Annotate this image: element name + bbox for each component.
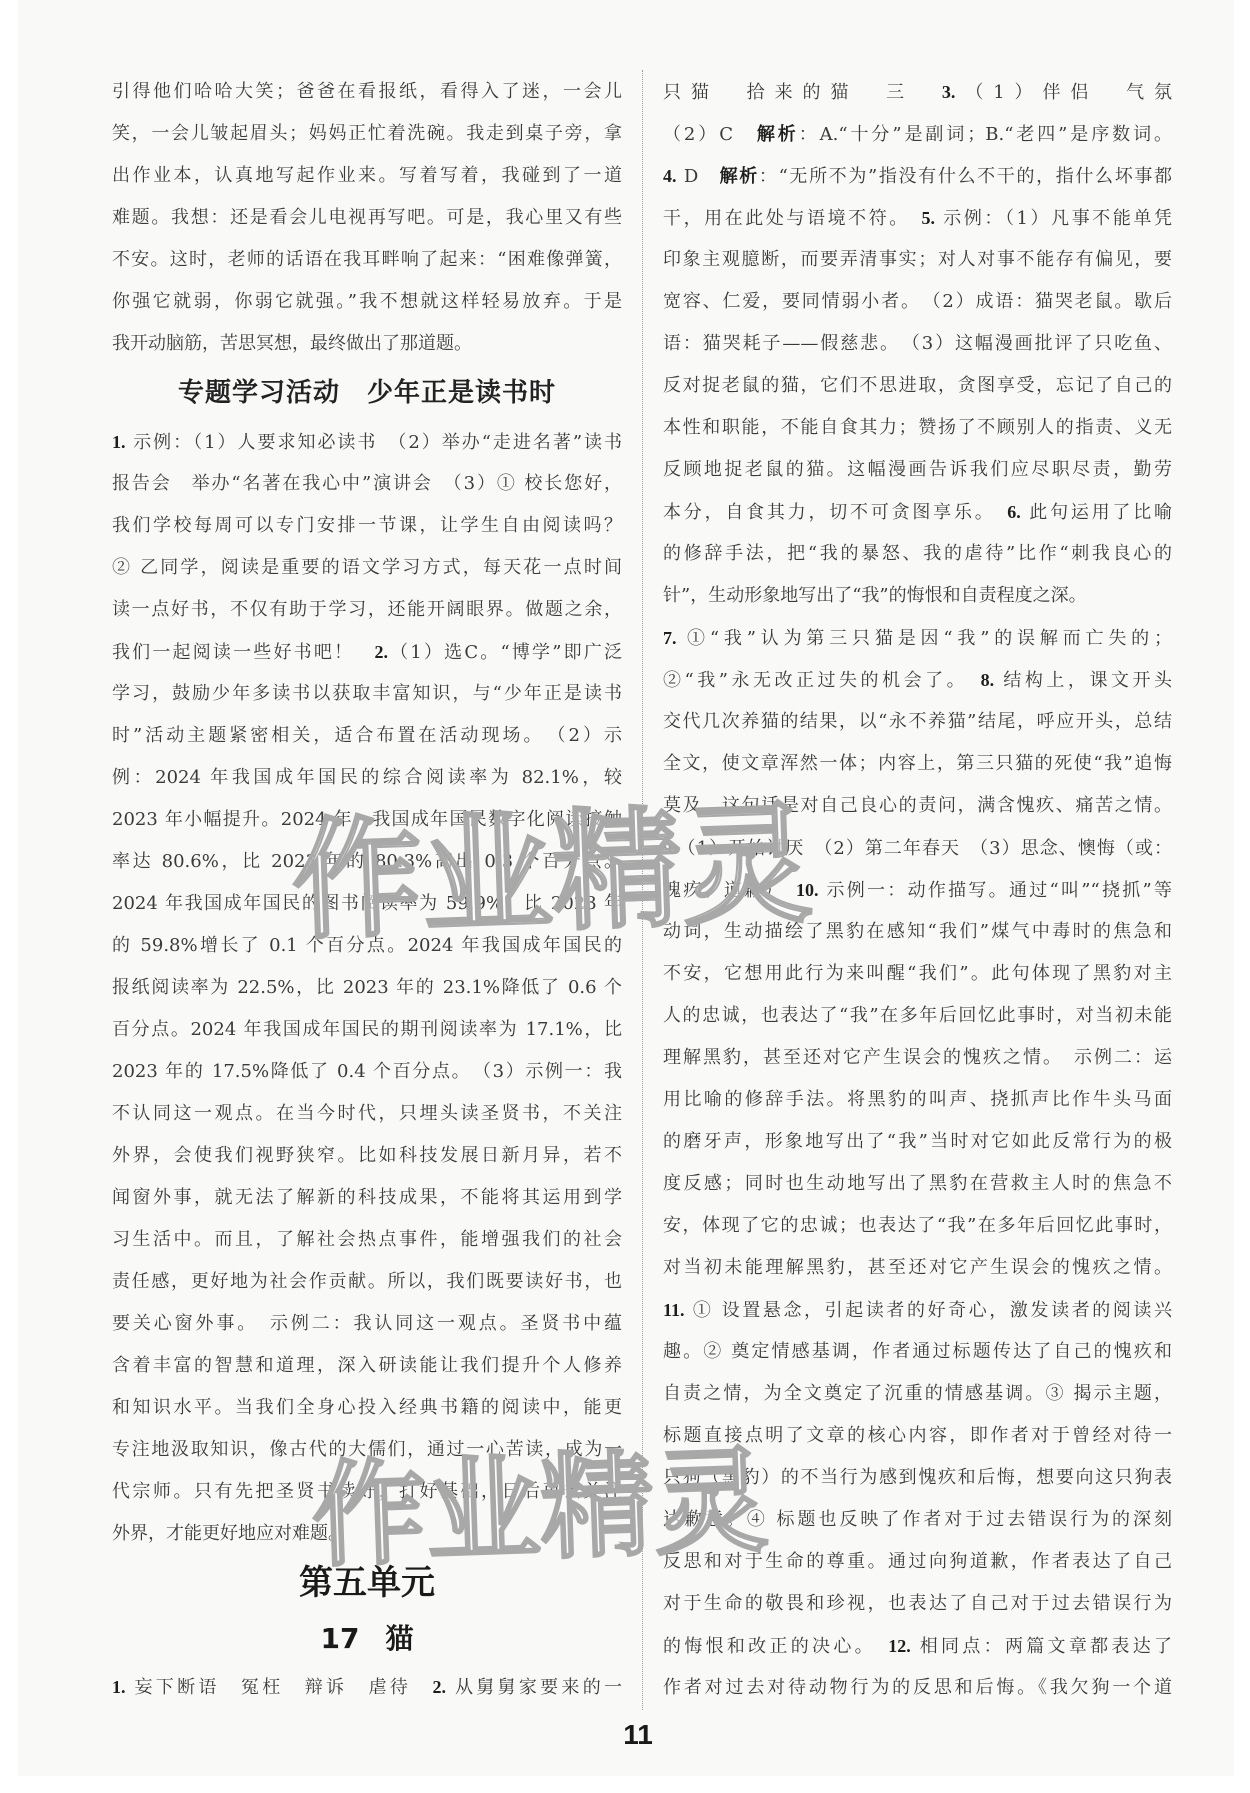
text-run: 报纸阅读率为 22.5%，比 2023 年的 23.1%降低了 0.6 个: [112, 977, 622, 998]
text-run: 达歉意。④ 标题也反映了作者对于过去错误行为的深刻: [663, 1509, 1172, 1530]
text-run: 干，用在此处与语境不符。: [663, 208, 921, 229]
text-run: 相同点：两篇文章都表达了: [911, 1636, 1172, 1657]
text-line: 9.（1）开始讨厌 （2）第二年春天 （3）思念、懊悔（或：: [663, 827, 1172, 869]
page-number: 11: [598, 1716, 678, 1754]
text-run: ①“我”认为第三只猫是因“我”的误解而亡失的；: [677, 628, 1173, 649]
text-run: 反顾地捉老鼠的猫。这幅漫画告诉我们应尽职尽责，勤劳: [663, 459, 1172, 480]
text-line: 的 59.8%增长了 0.1 个百分点。2024 年我国成年国民的: [112, 925, 622, 967]
text-run: 示例一：动作描写。通过“叫”“挠抓”等: [818, 880, 1172, 901]
question-number-label: 解析: [757, 124, 799, 144]
text-run: 报告会 举办“名著在我心中”演讲会 （3）① 校长您好，: [112, 473, 622, 494]
text-run: ① 设置悬念，引起读者的好奇心，激发读者的阅读兴: [685, 1300, 1172, 1321]
text-run: 宽容、仁爱，要同情弱小者。 （2）成语：猫哭老鼠。歇后: [663, 291, 1172, 312]
text-line: 时”活动主题紧密相关，适合布置在活动现场。 （2）示: [112, 715, 622, 757]
text-run: 我们学校每周可以专门安排一节课，让学生自由阅读吗？: [112, 515, 622, 536]
text-run: 此句运用了比喻: [1021, 502, 1172, 523]
section-title: 专题学习活动 少年正是读书时: [112, 365, 622, 421]
text-run: （2）C: [663, 124, 757, 145]
text-line: 我们学校每周可以专门安排一节课，让学生自由阅读吗？: [112, 505, 622, 547]
question-number-label: 1.: [112, 1677, 126, 1697]
text-line: 理解黑豹，甚至还对它产生误会的愧疚之情。 示例二：运: [663, 1037, 1172, 1079]
question-number-label: 10.: [796, 880, 819, 900]
text-line: 报纸阅读率为 22.5%，比 2023 年的 23.1%降低了 0.6 个: [112, 967, 622, 1009]
text-run: 外界，才能更好地应对难题。: [112, 1523, 346, 1544]
text-line: 笑，一会儿皱起眉头；妈妈正忙着洗碗。我走到桌子旁，拿: [112, 113, 622, 155]
question-number-label: 12.: [888, 1636, 911, 1656]
text-run: D: [677, 166, 720, 187]
text-run: 结构上，课文开头: [994, 670, 1172, 691]
text-run: 示例：（1）人要求知必读书 （2）举办“走进名著”读书: [126, 432, 623, 453]
text-line: 自责之情，为全文奠定了沉重的情感基调。③ 揭示主题，: [663, 1373, 1172, 1415]
text-run: 的修辞手法，把“我的暴怒、我的虐待”比作“刺我良心的: [663, 543, 1172, 564]
text-line: 不安，它想用此行为来叫醒“我们”。此句体现了黑豹对主: [663, 953, 1172, 995]
text-run: （1）伴侣 气氛: [955, 82, 1172, 103]
text-run: 学习，鼓励少年多读书以获取丰富知识，与“少年正是读书: [112, 683, 622, 704]
text-run: 安，体现了它的忠诚；也表达了“我”在多年后回忆此事时，: [663, 1215, 1172, 1236]
text-run: 2023 年的 17.5%降低了 0.4 个百分点。 （3）示例一：我: [112, 1061, 622, 1082]
unit-title: 第五单元: [112, 1555, 622, 1611]
text-line: 用比喻的修辞手法。将黑豹的叫声、挠抓声比作牛头马面: [663, 1079, 1172, 1121]
text-run: 的 59.8%增长了 0.1 个百分点。2024 年我国成年国民的: [112, 935, 622, 956]
text-run: 难题。我想：还是看会儿电视再写吧。可是，我心里又有些: [112, 207, 622, 228]
text-line: 莫及，这句话是对自己良心的责问，满含愧疚、痛苦之情。: [663, 785, 1172, 827]
question-number-label: 5.: [921, 208, 935, 228]
text-line: 11. ① 设置悬念，引起读者的好奇心，激发读者的阅读兴: [663, 1289, 1172, 1331]
text-line: 出作业本，认真地写起作业来。写着写着，我碰到了一道: [112, 155, 622, 197]
text-line: 外界，会使我们视野狭窄。比如科技发展日新月异，若不: [112, 1135, 622, 1177]
lesson-17-answers-continued: 只猫 拾来的猫 三 3.（1）伴侣 气氛（2）C 解析：A.“十分”是副词；B.…: [663, 71, 1172, 1709]
text-line: 人的忠诚，也表达了“我”在多年后回忆此事时，对当初未能: [663, 995, 1172, 1037]
text-line: ② 乙同学，阅读是重要的语文学习方式，每天花一点时间: [112, 547, 622, 589]
text-run: 专注地汲取知识，像古代的大儒们，通过一心苦读，成为一: [112, 1439, 622, 1460]
text-line: ②“我”永无改正过失的机会了。 8. 结构上，课文开头: [663, 659, 1172, 701]
text-run: 例：2024 年我国成年国民的综合阅读率为 82.1%，较: [112, 767, 622, 788]
text-run: 的悔恨和改正的决心。: [663, 1636, 888, 1657]
text-line: 反顾地捉老鼠的猫。这幅漫画告诉我们应尽职尽责，勤劳: [663, 449, 1172, 491]
text-line: 不安。这时，老师的话语在我耳畔响了起来：“困难像弹簧，: [112, 239, 622, 281]
text-line: 作者对过去对待动物行为的反思和后悔。《我欠狗一个道: [663, 1667, 1172, 1709]
text-run: 只狗（黑豹）的不当行为感到愧疚和后悔，想要向这只狗表: [663, 1467, 1172, 1488]
question-number-label: 6.: [1007, 502, 1021, 522]
text-line: 率达 80.6%，比 2023 年的 80.3%高出 0.3 个百分点。: [112, 841, 622, 883]
text-run: 用比喻的修辞手法。将黑豹的叫声、挠抓声比作牛头马面: [663, 1089, 1172, 1110]
text-line: 难题。我想：还是看会儿电视再写吧。可是，我心里又有些: [112, 197, 622, 239]
text-run: 不认同这一观点。在当今时代，只埋头读圣贤书，不关注: [112, 1103, 622, 1124]
text-run: 引得他们哈哈大笑；爸爸在看报纸，看得入了迷，一会儿: [112, 81, 622, 102]
text-run: 责任感，更好地为社会作贡献。所以，我们既要读好书，也: [112, 1271, 622, 1292]
text-line: 安，体现了它的忠诚；也表达了“我”在多年后回忆此事时，: [663, 1205, 1172, 1247]
text-line: 和知识水平。当我们全身心投入经典书籍的阅读中，能更: [112, 1387, 622, 1429]
text-run: 全文，使文章浑然一体；内容上，第三只猫的死使“我”追悔: [663, 753, 1172, 774]
text-line: 例：2024 年我国成年国民的综合阅读率为 82.1%，较: [112, 757, 622, 799]
text-line: 4. D 解析：“无所不为”指没有什么不干的，指什么坏事都: [663, 155, 1172, 197]
text-line: 读一点好书，不仅有助于学习，还能开阔眼界。做题之余，: [112, 589, 622, 631]
text-run: 交代几次养猫的结果，以“永不养猫”结尾，呼应开头，总结: [663, 711, 1172, 732]
text-line: 交代几次养猫的结果，以“永不养猫”结尾，呼应开头，总结: [663, 701, 1172, 743]
text-line: 1. 示例：（1）人要求知必读书 （2）举办“走进名著”读书: [112, 421, 622, 463]
text-line: 反对捉老鼠的猫，它们不思进取，贪图享受，忘记了自己的: [663, 365, 1172, 407]
text-run: 含着丰富的智慧和道理，深入研读能让我们提升个人修养: [112, 1355, 622, 1376]
text-line: 学习，鼓励少年多读书以获取丰富知识，与“少年正是读书: [112, 673, 622, 715]
text-line: 要关心窗外事。 示例二：我认同这一观点。圣贤书中蕴: [112, 1303, 622, 1345]
text-run: 针”，生动形象地写出了“我”的悔恨和自责程度之深。: [663, 585, 1087, 606]
text-line: 代宗师。只有先把圣贤书读好，打好基础，日后再去关注: [112, 1471, 622, 1513]
text-run: 我们一起阅读一些好书吧！: [112, 642, 374, 663]
text-line: 含着丰富的智慧和道理，深入研读能让我们提升个人修养: [112, 1345, 622, 1387]
lesson-title: 17猫: [112, 1611, 622, 1666]
text-line: 百分点。2024 年我国成年国民的期刊阅读率为 17.1%，比: [112, 1009, 622, 1051]
text-line: 对于生命的敬畏和珍视，也表达了自己对于过去错误行为: [663, 1583, 1172, 1625]
text-line: 语：猫哭耗子——假慈悲。 （3）这幅漫画批评了只吃鱼、: [663, 323, 1172, 365]
text-line: 2023 年小幅提升。2024 年，我国成年国民数字化阅读接触: [112, 799, 622, 841]
text-line: 外界，才能更好地应对难题。: [112, 1513, 622, 1555]
question-number-label: 9.: [663, 838, 677, 858]
text-line: 的修辞手法，把“我的暴怒、我的虐待”比作“刺我良心的: [663, 533, 1172, 575]
text-run: 率达 80.6%，比 2023 年的 80.3%高出 0.3 个百分点。: [112, 851, 622, 872]
text-run: 习生活中。而且，了解社会热点事件，能增强我们的社会: [112, 1229, 622, 1250]
text-run: 笑，一会儿皱起眉头；妈妈正忙着洗碗。我走到桌子旁，拿: [112, 123, 622, 144]
text-run: 反思和对于生命的尊重。通过向狗道歉，作者表达了自己: [663, 1551, 1172, 1572]
text-run: 2023 年小幅提升。2024 年，我国成年国民数字化阅读接触: [112, 809, 622, 830]
text-run: 对于生命的敬畏和珍视，也表达了自己对于过去错误行为: [663, 1593, 1172, 1614]
text-run: 时”活动主题紧密相关，适合布置在活动现场。 （2）示: [112, 725, 622, 746]
text-line: 标题直接点明了文章的核心内容，即作者对于曾经对待一: [663, 1415, 1172, 1457]
text-run: 作者对过去对待动物行为的反思和后悔。《我欠狗一个道: [663, 1677, 1172, 1698]
lesson-name: 猫: [385, 1622, 413, 1655]
left-column: 引得他们哈哈大笑；爸爸在看报纸，看得入了迷，一会儿笑，一会儿皱起眉头；妈妈正忙着…: [112, 71, 622, 1708]
text-line: 的悔恨和改正的决心。 12. 相同点：两篇文章都表达了: [663, 1625, 1172, 1667]
text-run: 要关心窗外事。 示例二：我认同这一观点。圣贤书中蕴: [112, 1313, 622, 1334]
text-run: 不安，它想用此行为来叫醒“我们”。此句体现了黑豹对主: [663, 963, 1172, 984]
text-line: 只猫 拾来的猫 三 3.（1）伴侣 气氛: [663, 71, 1172, 113]
text-line: 达歉意。④ 标题也反映了作者对于过去错误行为的深刻: [663, 1499, 1172, 1541]
text-line: 趣。② 奠定情感基调，作者通过标题传达了自己的愧疚和: [663, 1331, 1172, 1373]
text-run: 本性和职能，不能自食其力；赞扬了不顾别人的指责、义无: [663, 417, 1172, 438]
reading-activity-answers: 1. 示例：（1）人要求知必读书 （2）举办“走进名著”读书报告会 举办“名著在…: [112, 421, 622, 1555]
text-run: 的磨牙声，形象地写出了“我”当时对它如此反常行为的极: [663, 1131, 1172, 1152]
text-run: 语：猫哭耗子——假慈悲。 （3）这幅漫画批评了只吃鱼、: [663, 333, 1172, 354]
text-line: （2）C 解析：A.“十分”是副词；B.“老四”是序数词。: [663, 113, 1172, 155]
text-line: 的磨牙声，形象地写出了“我”当时对它如此反常行为的极: [663, 1121, 1172, 1163]
text-line: 你强它就弱，你弱它就强。”我不想就这样轻易放弃。于是: [112, 281, 622, 323]
text-line: 习生活中。而且，了解社会热点事件，能增强我们的社会: [112, 1219, 622, 1261]
text-run: 莫及，这句话是对自己良心的责问，满含愧疚、痛苦之情。: [663, 795, 1172, 816]
text-line: 全文，使文章浑然一体；内容上，第三只猫的死使“我”追悔: [663, 743, 1172, 785]
column-divider: [642, 70, 643, 1710]
text-line: 责任感，更好地为社会作贡献。所以，我们既要读好书，也: [112, 1261, 622, 1303]
text-line: 不认同这一观点。在当今时代，只埋头读圣贤书，不关注: [112, 1093, 622, 1135]
text-run: 读一点好书，不仅有助于学习，还能开阔眼界。做题之余，: [112, 599, 622, 620]
text-run: （1）选C。“博学”即广泛: [388, 642, 622, 663]
text-run: 理解黑豹，甚至还对它产生误会的愧疚之情。 示例二：运: [663, 1047, 1172, 1068]
text-run: 你强它就弱，你弱它就强。”我不想就这样轻易放弃。于是: [112, 291, 622, 312]
text-run: 和知识水平。当我们全身心投入经典书籍的阅读中，能更: [112, 1397, 622, 1418]
question-number-label: 3.: [942, 82, 956, 102]
right-column: 只猫 拾来的猫 三 3.（1）伴侣 气氛（2）C 解析：A.“十分”是副词；B.…: [663, 71, 1172, 1709]
text-line: 2024 年我国成年国民的图书阅读率为 59.9%，比 2023 年: [112, 883, 622, 925]
text-line: 动词，生动描绘了黑豹在感知“我们”煤气中毒时的焦急和: [663, 911, 1172, 953]
text-line: 报告会 举办“名著在我心中”演讲会 （3）① 校长您好，: [112, 463, 622, 505]
text-run: （1）开始讨厌 （2）第二年春天 （3）思念、懊悔（或：: [677, 838, 1173, 859]
text-line: 7. ①“我”认为第三只猫是因“我”的误解而亡失的；: [663, 617, 1172, 659]
text-run: 愧疚、道歉）: [663, 880, 796, 901]
text-run: 不安。这时，老师的话语在我耳畔响了起来：“困难像弹簧，: [112, 249, 622, 270]
text-run: 示例：（1）凡事不能单凭: [935, 208, 1172, 229]
text-run: 妄下断语 冤枉 辩诉 虐待: [126, 1677, 433, 1698]
text-run: 本分，自食其力，切不可贪图享乐。: [663, 502, 1007, 523]
text-line: 我开动脑筋，苦思冥想，最终做出了那道题。: [112, 323, 622, 365]
text-line: 干，用在此处与语境不符。 5. 示例：（1）凡事不能单凭: [663, 197, 1172, 239]
text-run: 趣。② 奠定情感基调，作者通过标题传达了自己的愧疚和: [663, 1341, 1172, 1362]
question-number-label: 8.: [981, 670, 995, 690]
text-run: 百分点。2024 年我国成年国民的期刊阅读率为 17.1%，比: [112, 1019, 622, 1040]
text-run: ②“我”永无改正过失的机会了。: [663, 670, 981, 691]
text-line: 我们一起阅读一些好书吧！ 2.（1）选C。“博学”即广泛: [112, 631, 622, 673]
text-run: 出作业本，认真地写起作业来。写着写着，我碰到了一道: [112, 165, 622, 186]
text-run: 标题直接点明了文章的核心内容，即作者对于曾经对待一: [663, 1425, 1172, 1446]
text-line: 度反感；同时也生动地写出了黑豹在营救主人时的焦急不: [663, 1163, 1172, 1205]
text-line: 2023 年的 17.5%降低了 0.4 个百分点。 （3）示例一：我: [112, 1051, 622, 1093]
question-number-label: 4.: [663, 166, 677, 186]
text-run: ：A.“十分”是副词；B.“老四”是序数词。: [799, 124, 1172, 145]
text-run: 我开动脑筋，苦思冥想，最终做出了那道题。: [112, 333, 472, 354]
text-run: 反对捉老鼠的猫，它们不思进取，贪图享受，忘记了自己的: [663, 375, 1172, 396]
text-run: 自责之情，为全文奠定了沉重的情感基调。③ 揭示主题，: [663, 1383, 1172, 1404]
question-number-label: 解析: [720, 166, 759, 186]
question-number-label: 2.: [432, 1677, 446, 1697]
question-number-label: 11.: [663, 1300, 685, 1320]
text-run: ：“无所不为”指没有什么不干的，指什么坏事都: [759, 166, 1172, 187]
text-line: 印象主观臆断，而要弄清事实；对人对事不能存有偏见，要: [663, 239, 1172, 281]
text-run: 度反感；同时也生动地写出了黑豹在营救主人时的焦急不: [663, 1173, 1172, 1194]
text-run: 外界，会使我们视野狭窄。比如科技发展日新月异，若不: [112, 1145, 622, 1166]
question-number-label: 7.: [663, 628, 677, 648]
text-line: 宽容、仁爱，要同情弱小者。 （2）成语：猫哭老鼠。歇后: [663, 281, 1172, 323]
text-line: 1. 妄下断语 冤枉 辩诉 虐待 2. 从舅舅家要来的一: [112, 1666, 622, 1708]
text-run: 对当初未能理解黑豹，甚至还对它产生误会的愧疚之情。: [663, 1257, 1172, 1278]
text-run: 动词，生动描绘了黑豹在感知“我们”煤气中毒时的焦急和: [663, 921, 1172, 942]
text-run: 2024 年我国成年国民的图书阅读率为 59.9%，比 2023 年: [112, 893, 622, 914]
text-line: 只狗（黑豹）的不当行为感到愧疚和后悔，想要向这只狗表: [663, 1457, 1172, 1499]
lesson-number: 17: [321, 1622, 360, 1655]
text-line: 针”，生动形象地写出了“我”的悔恨和自责程度之深。: [663, 575, 1172, 617]
text-line: 引得他们哈哈大笑；爸爸在看报纸，看得入了迷，一会儿: [112, 71, 622, 113]
text-run: 从舅舅家要来的一: [446, 1677, 622, 1698]
text-line: 本性和职能，不能自食其力；赞扬了不顾别人的指责、义无: [663, 407, 1172, 449]
text-line: 对当初未能理解黑豹，甚至还对它产生误会的愧疚之情。: [663, 1247, 1172, 1289]
text-line: 专注地汲取知识，像古代的大儒们，通过一心苦读，成为一: [112, 1429, 622, 1471]
text-line: 反思和对于生命的尊重。通过向狗道歉，作者表达了自己: [663, 1541, 1172, 1583]
text-run: ② 乙同学，阅读是重要的语文学习方式，每天花一点时间: [112, 557, 622, 578]
text-line: 本分，自食其力，切不可贪图享乐。 6. 此句运用了比喻: [663, 491, 1172, 533]
text-line: 愧疚、道歉） 10. 示例一：动作描写。通过“叫”“挠抓”等: [663, 869, 1172, 911]
question-number-label: 1.: [112, 432, 126, 452]
question-number-label: 2.: [374, 642, 388, 662]
text-line: 闻窗外事，就无法了解新的科技成果，不能将其运用到学: [112, 1177, 622, 1219]
lesson-17-answers-start: 1. 妄下断语 冤枉 辩诉 虐待 2. 从舅舅家要来的一: [112, 1666, 622, 1708]
text-run: 印象主观臆断，而要弄清事实；对人对事不能存有偏见，要: [663, 249, 1172, 270]
text-run: 代宗师。只有先把圣贤书读好，打好基础，日后再去关注: [112, 1481, 622, 1502]
text-run: 只猫 拾来的猫 三: [663, 82, 942, 103]
essay-continuation: 引得他们哈哈大笑；爸爸在看报纸，看得入了迷，一会儿笑，一会儿皱起眉头；妈妈正忙着…: [112, 71, 622, 365]
text-run: 闻窗外事，就无法了解新的科技成果，不能将其运用到学: [112, 1187, 622, 1208]
text-run: 人的忠诚，也表达了“我”在多年后回忆此事时，对当初未能: [663, 1005, 1172, 1026]
